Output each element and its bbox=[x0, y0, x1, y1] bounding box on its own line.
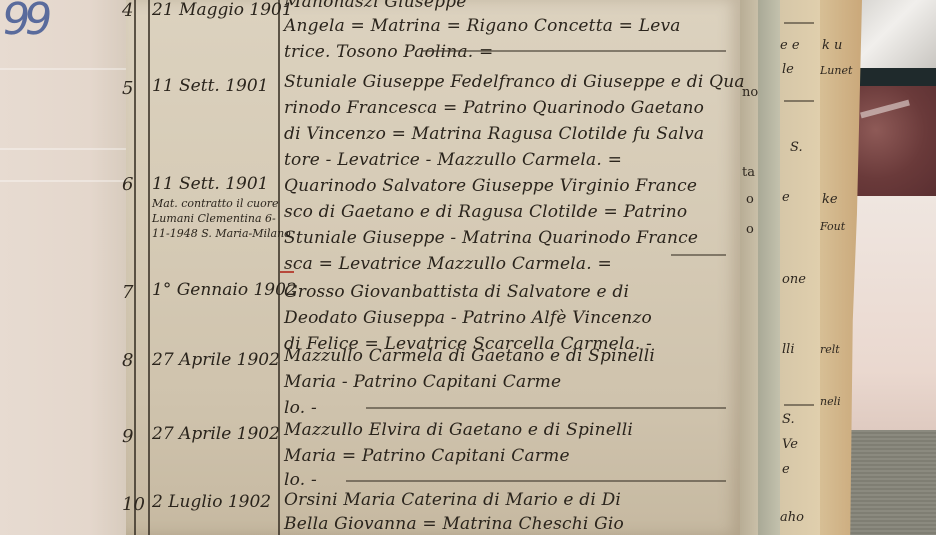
entry-closing-rule bbox=[421, 50, 726, 52]
entry-date: 11 Sett. 1901 bbox=[152, 174, 268, 194]
edge-fragment: relt bbox=[820, 343, 840, 356]
edge-fragment: lli bbox=[782, 342, 794, 357]
entry-text-line: tore - Levatrice - Mazzullo Carmela. = bbox=[284, 150, 622, 170]
entry-text-line: Mazzullo Elvira di Gaetano e di Spinelli bbox=[284, 420, 633, 440]
entry-text-line: Mazzullo Carmela di Gaetano e di Spinell… bbox=[284, 346, 655, 366]
edge-fragment: Fout bbox=[820, 220, 845, 233]
photo-scene: 99 no ta o o e e le S. e one lli S. Ve e… bbox=[0, 0, 936, 535]
edge-fragment: aho bbox=[780, 510, 804, 525]
entry-text-line: Stuniale Giuseppe - Matrina Quarinodo Fr… bbox=[284, 228, 698, 248]
left-folded-page: 99 bbox=[0, 0, 128, 535]
edge-fragment: ke bbox=[822, 192, 838, 207]
entry-text-line: Bella Giovanna = Matrina Cheschi Gio bbox=[284, 514, 624, 534]
edge-fragment: Ve bbox=[782, 437, 798, 452]
edge-fragment: o bbox=[746, 192, 754, 207]
entry-closing-rule bbox=[671, 254, 726, 256]
entry-text-line: Deodato Giuseppa - Patrino Alfè Vincenzo bbox=[284, 308, 652, 328]
stacked-page-edge bbox=[758, 0, 780, 535]
entry-text-line: Maria = Patrino Capitani Carme bbox=[284, 446, 570, 466]
entry-number: 9 bbox=[122, 426, 133, 447]
edge-fragment: k u bbox=[822, 38, 842, 53]
edge-fragment: o bbox=[746, 222, 754, 237]
edge-fragment: e bbox=[782, 190, 790, 205]
entry-text-line: lo. - bbox=[284, 470, 317, 490]
entry-date: 27 Aprile 1902 bbox=[152, 350, 280, 370]
edge-fragment: Lunet bbox=[820, 64, 852, 77]
entry-text-line: sca = Levatrice Mazzullo Carmela. = bbox=[284, 254, 612, 274]
edge-rule bbox=[784, 404, 814, 406]
background-dark-strip bbox=[858, 68, 936, 86]
entry-date: 21 Maggio 1901 bbox=[152, 0, 293, 20]
entry-number: 4 bbox=[122, 0, 133, 21]
blue-margin-mark: 99 bbox=[0, 0, 50, 45]
edge-rule bbox=[784, 100, 814, 102]
background-marble-red bbox=[850, 86, 936, 196]
entry-number: 5 bbox=[122, 78, 133, 99]
background-marble-white bbox=[860, 0, 936, 68]
edge-fragment: S. bbox=[782, 412, 795, 427]
entry-number: 7 bbox=[122, 282, 133, 303]
red-pencil-mark bbox=[280, 271, 294, 273]
page-fold bbox=[0, 148, 128, 150]
column-rule-entry bbox=[278, 0, 280, 535]
entry-text-line: Stuniale Giuseppe Fedelfranco di Giusepp… bbox=[284, 72, 745, 92]
entry-text-line: rinodo Francesca = Patrino Quarinodo Gae… bbox=[284, 98, 704, 118]
edge-fragment: e bbox=[782, 462, 790, 477]
entry-text-line: Manonaszi Giuseppe bbox=[284, 0, 467, 12]
register-page: 4 21 Maggio 1901 Manonaszi Giuseppe Ange… bbox=[126, 0, 740, 535]
edge-fragment: le bbox=[782, 62, 794, 77]
entry-date: 2 Luglio 1902 bbox=[152, 492, 271, 512]
entry-closing-rule bbox=[366, 407, 726, 409]
entry-text-line: di Vincenzo = Matrina Ragusa Clotilde fu… bbox=[284, 124, 704, 144]
edge-rule bbox=[784, 22, 814, 24]
edge-fragment: neli bbox=[820, 395, 841, 408]
entry-date: 27 Aprile 1902 bbox=[152, 424, 280, 444]
entry-text-line: lo. - bbox=[284, 398, 317, 418]
entry-text-line: sco di Gaetano e di Ragusa Clotilde = Pa… bbox=[284, 202, 687, 222]
entry-text-line: Orsini Maria Caterina di Mario e di Di bbox=[284, 490, 621, 510]
entry-text-line: Angela = Matrina = Rigano Concetta = Lev… bbox=[284, 16, 681, 36]
entry-text-line: Grosso Giovanbattista di Salvatore e di bbox=[284, 282, 629, 302]
entry-closing-rule bbox=[346, 480, 726, 482]
page-fold bbox=[0, 68, 128, 70]
entry-text-line: Maria - Patrino Capitani Carme bbox=[284, 372, 561, 392]
page-fold bbox=[0, 180, 128, 182]
entry-number: 8 bbox=[122, 350, 133, 371]
edge-fragment: one bbox=[782, 272, 806, 287]
entry-number: 10 bbox=[122, 494, 145, 515]
stacked-page-edge: e e le S. e one lli S. Ve e aho bbox=[780, 0, 820, 535]
entry-date: 11 Sett. 1901 bbox=[152, 76, 268, 96]
entry-text-line: Quarinodo Salvatore Giuseppe Virginio Fr… bbox=[284, 176, 697, 196]
entry-text-line: trice. Tosono Paolina. = bbox=[284, 42, 493, 62]
column-rule-date bbox=[148, 0, 150, 535]
entry-date: 1° Gennaio 1902 bbox=[152, 280, 297, 300]
edge-fragment: e e bbox=[780, 38, 800, 53]
entry-number: 6 bbox=[122, 174, 133, 195]
marginal-annotation: Mat. contratto il cuore Lumani Clementin… bbox=[152, 196, 292, 241]
edge-fragment: S. bbox=[790, 140, 803, 155]
edge-fragment: ta bbox=[742, 165, 755, 180]
column-rule-number bbox=[134, 0, 136, 535]
